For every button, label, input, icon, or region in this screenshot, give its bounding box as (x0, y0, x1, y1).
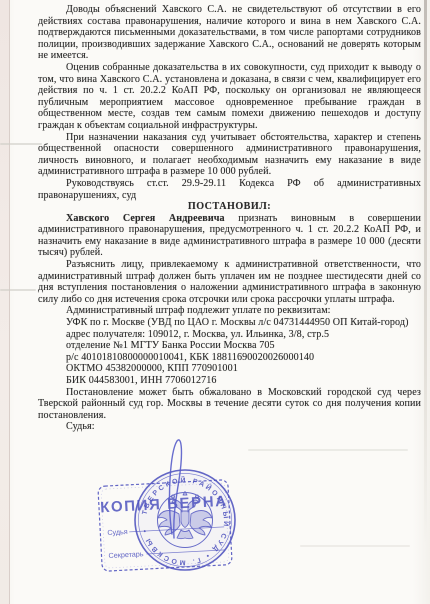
defendant-name: Хавского Сергея Андреевича (66, 213, 225, 224)
scan-artifact (0, 143, 42, 145)
paragraph-verdict: Хавского Сергея Андреевича признать вино… (38, 213, 421, 259)
paragraph-payment-terms: Разъяснить лицу, привлекаемому к админис… (38, 259, 421, 305)
copy-stamp-secretary-label: Секретарь (108, 549, 144, 560)
paragraph-sentencing: При назначении наказания суд учитывает о… (38, 132, 421, 178)
page-edge-right (424, 0, 427, 604)
requisite-line-account: р/с 40101810800000010041, КБК 1881169002… (38, 352, 421, 364)
stamp-overlay: КОПИЯ ВЕРНА Судья Секретарь ТВЕРСКОЙ РАЙ… (55, 432, 285, 604)
scan-artifact (0, 289, 36, 291)
requisite-line-branch: отделение №1 МГТУ Банка России Москва 70… (38, 340, 421, 352)
document-body: Доводы объяснений Хавского С.А. не свиде… (38, 4, 421, 433)
requisite-line-address: адрес получателя: 109012, г. Москва, ул.… (38, 329, 421, 341)
copy-stamp-judge-label: Судья (107, 527, 128, 537)
scan-artifact (300, 545, 410, 547)
paragraph-assessment: Оценив собранные доказательства в их сов… (38, 62, 421, 132)
paragraph-payee: УФК по г. Москве (УВД по ЦАО г. Москвы л… (38, 317, 421, 329)
page-edge-left (0, 0, 10, 604)
resolution-heading: ПОСТАНОВИЛ: (38, 201, 421, 213)
court-seal: ТВЕРСКОЙ РАЙОННЫЙ СУД • Г. МОСКВЫ • (135, 470, 235, 570)
requisite-line-oktmo: ОКТМО 45382000000, КПП 770901001 (38, 363, 421, 375)
paragraph-requisites-intro: Административный штраф подлежит уплате п… (38, 305, 421, 317)
paragraph-arguments: Доводы объяснений Хавского С.А. не свиде… (38, 4, 421, 62)
scanned-court-ruling-page: Доводы объяснений Хавского С.А. не свиде… (0, 0, 430, 604)
paragraph-legal-basis: Руководствуясь ст.ст. 29.9-29.11 Кодекса… (38, 178, 421, 201)
paragraph-appeal: Постановление может быть обжаловано в Мо… (38, 387, 421, 422)
requisite-line-bik: БИК 044583001, ИНН 7706012716 (38, 375, 421, 387)
